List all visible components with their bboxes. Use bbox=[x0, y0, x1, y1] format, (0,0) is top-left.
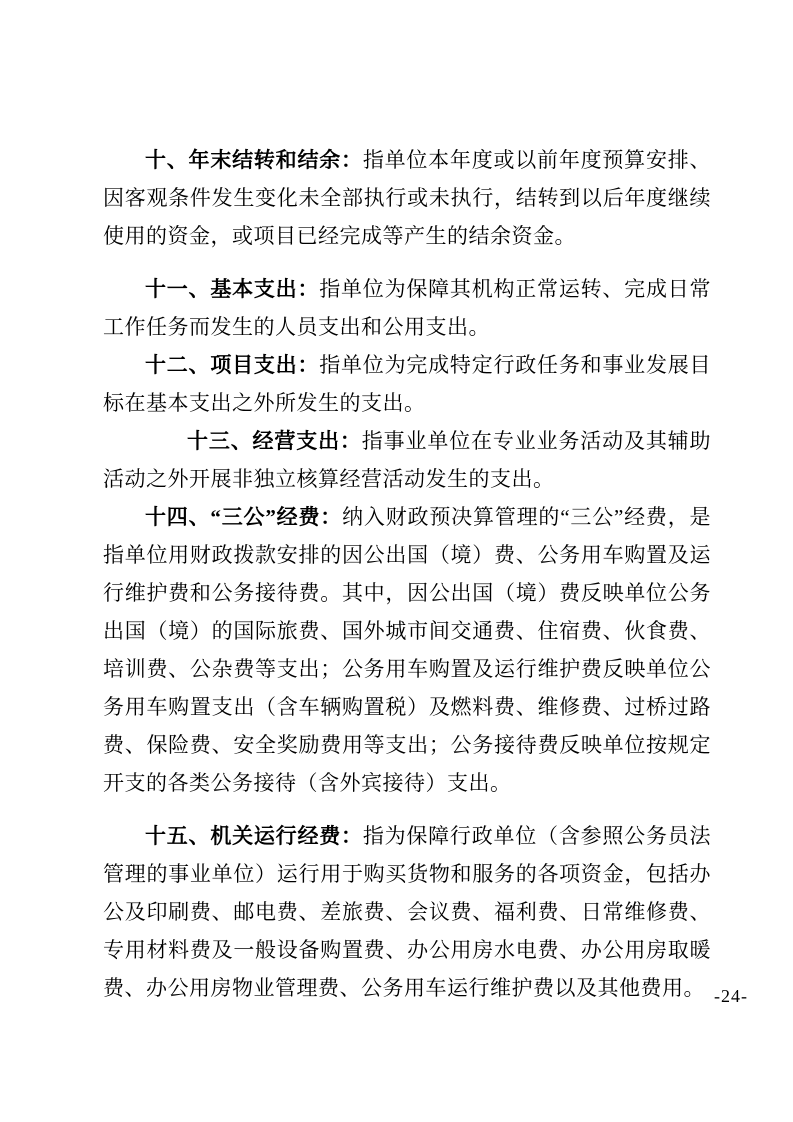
term-definition-agency-operating-costs: 指为保障行政单位（含参照公务员法管理的事业单位）运行用于购买货物和服务的各项资金… bbox=[103, 824, 711, 1000]
term-heading-three-public-funds: 十四、“三公”经费： bbox=[145, 505, 342, 529]
document-page: 十、年末结转和结余：指单位本年度或以前年度预算安排、因客观条件发生变化未全部执行… bbox=[0, 0, 793, 1122]
term-heading-year-end-carryover: 十、年末结转和结余： bbox=[145, 148, 363, 172]
para-basic-expenditure: 十一、基本支出：指单位为保障其机构正常运转、完成日常工作任务而发生的人员支出和公… bbox=[103, 270, 711, 346]
para-three-public-funds: 十四、“三公”经费：纳入财政预决算管理的“三公”经费，是指单位用财政拨款安排的因… bbox=[103, 498, 711, 802]
para-project-expenditure: 十二、项目支出：指单位为完成特定行政任务和事业发展目标在基本支出之外所发生的支出… bbox=[103, 346, 711, 422]
para-operating-expenditure: 十三、经营支出：指事业单位在专业业务活动及其辅助活动之外开展非独立核算经营活动发… bbox=[103, 422, 711, 498]
term-heading-agency-operating-costs: 十五、机关运行经费： bbox=[145, 824, 363, 848]
term-definition-three-public-funds: 纳入财政预决算管理的“三公”经费，是指单位用财政拨款安排的因公出国（境）费、公务… bbox=[103, 505, 711, 795]
term-heading-operating-expenditure: 十三、经营支出： bbox=[187, 429, 362, 453]
term-heading-project-expenditure: 十二、项目支出： bbox=[145, 353, 319, 377]
para-agency-operating-costs: 十五、机关运行经费：指为保障行政单位（含参照公务员法管理的事业单位）运行用于购买… bbox=[103, 817, 711, 1007]
term-heading-basic-expenditure: 十一、基本支出： bbox=[145, 277, 319, 301]
para-year-end-carryover: 十、年末结转和结余：指单位本年度或以前年度预算安排、因客观条件发生变化未全部执行… bbox=[103, 141, 711, 255]
document-content: 十、年末结转和结余：指单位本年度或以前年度预算安排、因客观条件发生变化未全部执行… bbox=[103, 141, 711, 1007]
page-number: -24- bbox=[714, 986, 748, 1007]
